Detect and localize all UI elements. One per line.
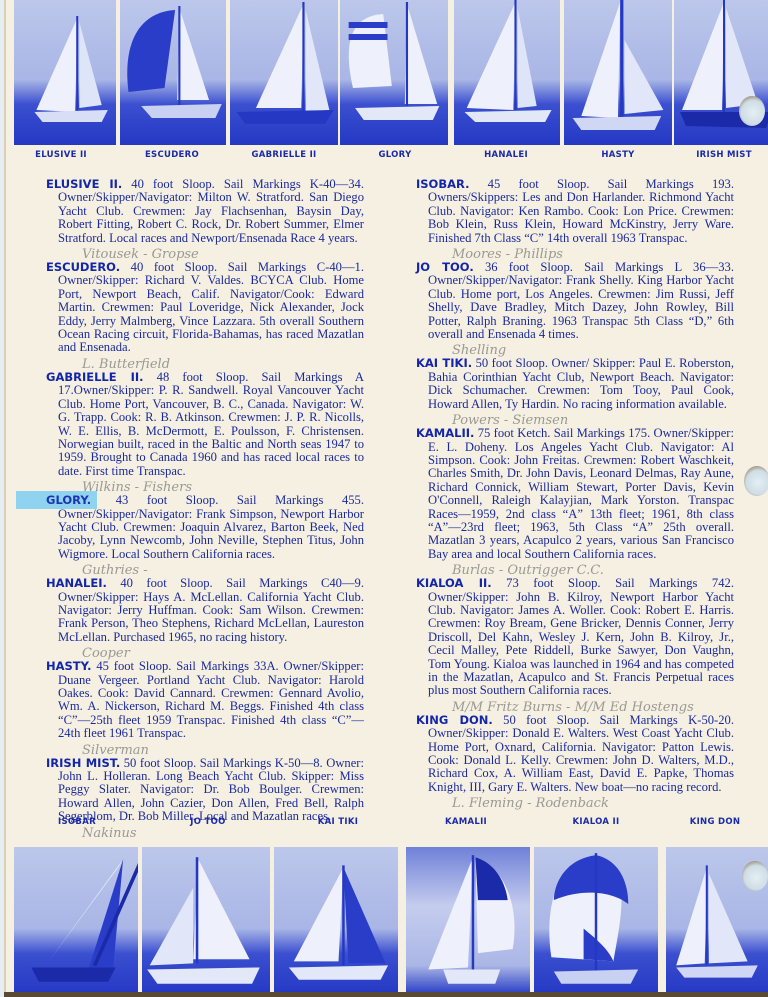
photo-caption: KAI TIKI: [274, 817, 402, 827]
photo-jo-too: JO TOO: [142, 835, 274, 993]
yacht-description: 43 foot Sloop. Sail Markings 455. Owner/…: [58, 493, 364, 561]
yacht-name: KING DON.: [416, 713, 493, 727]
brochure-page: ELUSIVE II ESCUDERO GABRIELLE II GLORY H…: [4, 0, 768, 993]
sailboat-photo-icon: [14, 0, 116, 145]
photo-caption: HANALEI: [450, 150, 562, 160]
sailboat-spinnaker-photo-icon: [406, 847, 530, 993]
photo-hanalei: HANALEI: [450, 0, 562, 146]
photo-caption: IRISH MIST: [674, 150, 768, 160]
binder-hole-icon: [744, 466, 768, 496]
binder-hole-icon: [739, 96, 765, 126]
sailboat-spinnaker-photo-icon: [120, 0, 226, 145]
handwritten-note: M/M Fritz Burns - M/M Ed Hostengs: [452, 701, 734, 713]
yacht-description: 75 foot Ketch. Sail Markings 175. Owner/…: [428, 426, 734, 561]
yacht-name: ESCUDERO.: [46, 260, 120, 274]
handwritten-note: Powers - Siemsen: [452, 414, 734, 426]
handwritten-note: Moores - Phillips: [452, 248, 734, 260]
photo-caption: JO TOO: [142, 817, 274, 827]
photo-kamalii: KAMALII: [402, 835, 530, 993]
sailboat-spinnaker-photo-icon: [534, 847, 658, 993]
right-column: ISOBAR. 45 foot Sloop. Sail Markings 193…: [416, 178, 734, 810]
yacht-entry-kialoa-ii: KIALOA II. 73 foot Sloop. Sail Markings …: [416, 577, 734, 698]
yacht-entry-hasty: HASTY. 45 foot Sloop. Sail Markings 33A.…: [46, 660, 364, 740]
top-photo-strip: ELUSIVE II ESCUDERO GABRIELLE II GLORY H…: [6, 0, 768, 146]
yacht-description: 73 foot Sloop. Sail Markings 742. Owner/…: [428, 576, 734, 697]
yacht-entry-hanalei: HANALEI. 40 foot Sloop. Sail Markings C4…: [46, 577, 364, 644]
yacht-entry-kamalii: KAMALII. 75 foot Ketch. Sail Markings 17…: [416, 427, 734, 561]
yacht-description: 45 foot Sloop. Sail Markings 33A. Owner/…: [58, 659, 364, 740]
handwritten-note: Silverman: [82, 744, 364, 756]
photo-hasty: HASTY: [562, 0, 674, 146]
yacht-name: GABRIELLE II.: [46, 370, 144, 384]
yacht-entry-king-don: KING DON. 50 foot Sloop. Sail Markings K…: [416, 714, 734, 794]
page-edge-shadow: [4, 992, 768, 997]
handwritten-note: Wilkins - Fishers: [82, 481, 364, 493]
sailboat-photo-icon: [14, 847, 138, 993]
yacht-name: HASTY.: [46, 659, 91, 673]
photo-caption: ELUSIVE II: [6, 150, 116, 160]
yacht-name: KAMALII.: [416, 426, 474, 440]
photo-caption: HASTY: [562, 150, 674, 160]
photo-elusive-ii: ELUSIVE II: [6, 0, 116, 146]
yacht-name: ISOBAR.: [416, 177, 469, 191]
sailboat-photo-icon: [454, 0, 560, 145]
left-column: ELUSIVE II. 40 foot Sloop. Sail Markings…: [46, 178, 364, 840]
yacht-name: KAI TIKI.: [416, 356, 472, 370]
sailboat-photo-icon: [230, 0, 338, 145]
yacht-name: JO TOO.: [416, 260, 474, 274]
photo-caption: GLORY: [340, 150, 450, 160]
photo-caption: KAMALII: [402, 817, 530, 827]
yacht-entry-kai-tiki: KAI TIKI. 50 foot Sloop. Owner/ Skipper:…: [416, 357, 734, 411]
yacht-description: 50 foot Sloop. Owner/ Skipper: Paul E. R…: [428, 356, 734, 410]
photo-kai-tiki: KAI TIKI: [274, 835, 402, 993]
handwritten-note: L. Butterfield: [82, 358, 364, 370]
yacht-description: 40 foot Sloop. Sail Markings C-40—1. Own…: [58, 260, 364, 354]
yacht-entry-isobar: ISOBAR. 45 foot Sloop. Sail Markings 193…: [416, 178, 734, 245]
handwritten-note: Guthries -: [82, 564, 364, 576]
photo-gabrielle-ii: GABRIELLE II: [228, 0, 340, 146]
photo-caption: ESCUDERO: [116, 150, 228, 160]
yacht-description: 36 foot Sloop. Sail Markings L 36—33. Ow…: [428, 260, 734, 341]
handwritten-note: Burlas - Outrigger C.C.: [452, 564, 734, 576]
photo-caption: GABRIELLE II: [228, 150, 340, 160]
yacht-name: HANALEI.: [46, 576, 107, 590]
photo-escudero: ESCUDERO: [116, 0, 228, 146]
yacht-entry-gabrielle-ii: GABRIELLE II. 48 foot Sloop. Sail Markin…: [46, 371, 364, 478]
yacht-entry-glory: GLORY. 43 foot Sloop. Sail Markings 455.…: [46, 494, 364, 561]
sailboat-photo-icon: [274, 847, 398, 993]
handwritten-note: Cooper: [82, 647, 364, 659]
photo-caption: ISOBAR: [58, 817, 142, 827]
yacht-name: KIALOA II.: [416, 576, 492, 590]
photo-kialoa-ii: KIALOA II: [530, 835, 662, 993]
handwritten-note: Vitousek - Gropse: [82, 248, 364, 260]
sailboat-photo-icon: [142, 847, 270, 993]
yacht-description: 45 foot Sloop. Sail Markings 193. Owners…: [428, 177, 734, 245]
yacht-name: ELUSIVE II.: [46, 177, 122, 191]
yacht-entry-jo-too: JO TOO. 36 foot Sloop. Sail Markings L 3…: [416, 261, 734, 341]
binder-hole-icon: [742, 861, 768, 891]
yacht-entry-irish-mist: IRISH MIST. 50 foot Sloop. Sail Markings…: [46, 757, 364, 824]
photo-isobar: ISOBAR: [6, 835, 142, 993]
photo-king-don: KING DON: [662, 835, 768, 993]
sailboat-photo-icon: [564, 0, 672, 145]
sailboat-spinnaker-photo-icon: [340, 0, 448, 145]
yacht-entry-escudero: ESCUDERO. 40 foot Sloop. Sail Markings C…: [46, 261, 364, 355]
photo-caption: KIALOA II: [530, 817, 662, 827]
handwritten-note: L. Fleming - Rodenback: [452, 797, 734, 809]
photo-caption: KING DON: [662, 817, 768, 827]
photo-glory: GLORY: [340, 0, 450, 146]
yacht-entry-elusive-ii: ELUSIVE II. 40 foot Sloop. Sail Markings…: [46, 178, 364, 245]
yacht-name: IRISH MIST.: [46, 756, 120, 770]
handwritten-note: Shelling: [452, 344, 734, 356]
bottom-photo-strip: ISOBAR JO TOO KAI TIKI KAMALII KIALOA II…: [6, 835, 768, 993]
yacht-description: 48 foot Sloop. Sail Markings A 17.Owner/…: [58, 370, 364, 478]
